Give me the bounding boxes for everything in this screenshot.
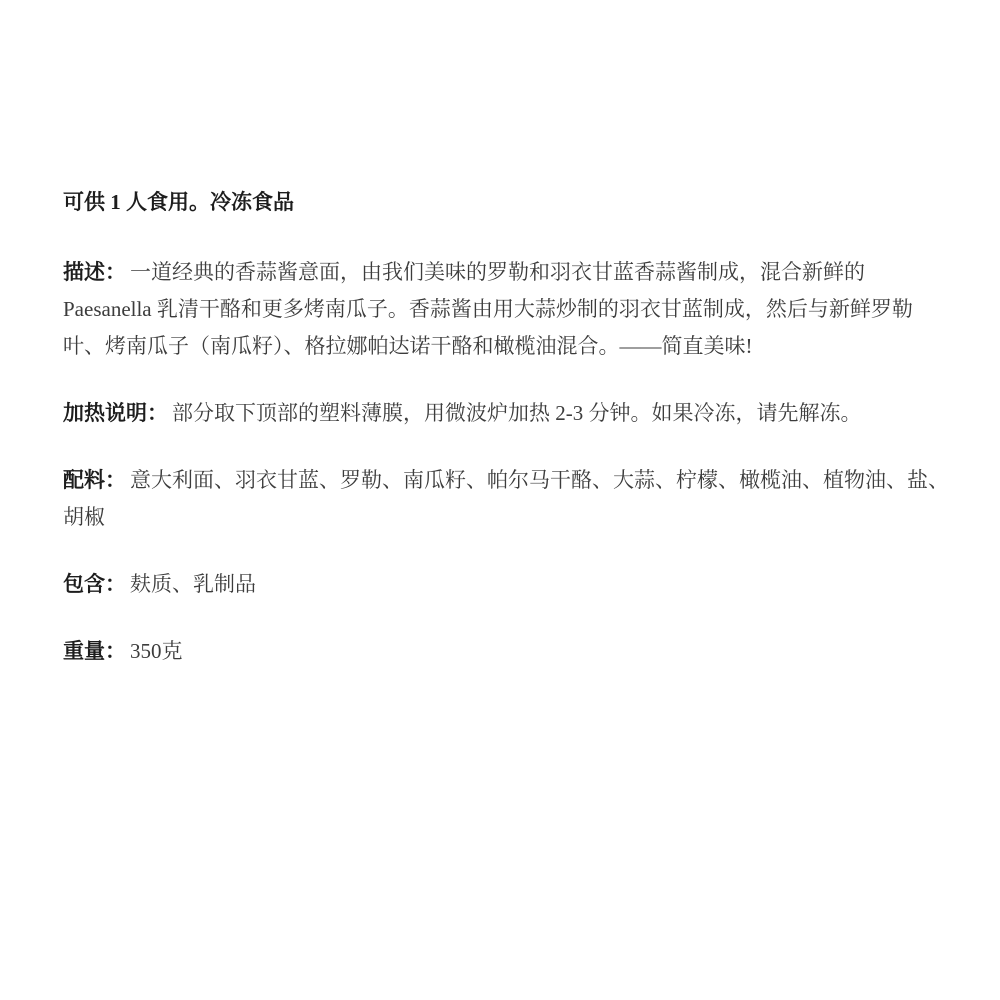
heating-instructions-label: 加热说明：	[63, 401, 168, 425]
heating-instructions-section: 加热说明：部分取下顶部的塑料薄膜，用微波炉加热 2-3 分钟。如果冷冻，请先解冻…	[63, 395, 963, 432]
serving-info-line: 可供 1 人食用。冷冻食品	[63, 184, 963, 221]
weight-value: 350克	[130, 639, 183, 663]
description-section: 描述：一道经典的香蒜酱意面，由我们美味的罗勒和羽衣甘蓝香蒜酱制成，混合新鲜的 P…	[63, 254, 963, 365]
ingredients-text: 意大利面、羽衣甘蓝、罗勒、南瓜籽、帕尔马干酪、大蒜、柠檬、橄榄油、植物油、盐、 …	[63, 468, 949, 529]
description-text: 一道经典的香蒜酱意面，由我们美味的罗勒和羽衣甘蓝香蒜酱制成，混合新鲜的 Paes…	[63, 260, 913, 358]
product-page: { "page": { "background": "#ffffff", "bo…	[0, 0, 1000, 1000]
product-description-section: 可供 1 人食用。冷冻食品 描述：一道经典的香蒜酱意面，由我们美味的罗勒和羽衣甘…	[0, 0, 1000, 670]
weight-section: 重量：350克	[63, 633, 963, 670]
contains-allergens-label: 包含：	[63, 572, 126, 596]
contains-allergens-section: 包含：麸质、乳制品	[63, 566, 963, 603]
contains-allergens-text: 麸质、乳制品	[130, 572, 256, 596]
heating-instructions-text: 部分取下顶部的塑料薄膜，用微波炉加热 2-3 分钟。如果冷冻，请先解冻。	[172, 401, 862, 425]
ingredients-label: 配料：	[63, 468, 126, 492]
description-label: 描述：	[63, 260, 126, 284]
ingredients-section: 配料：意大利面、羽衣甘蓝、罗勒、南瓜籽、帕尔马干酪、大蒜、柠檬、橄榄油、植物油、…	[63, 462, 963, 536]
weight-label: 重量：	[63, 639, 126, 663]
